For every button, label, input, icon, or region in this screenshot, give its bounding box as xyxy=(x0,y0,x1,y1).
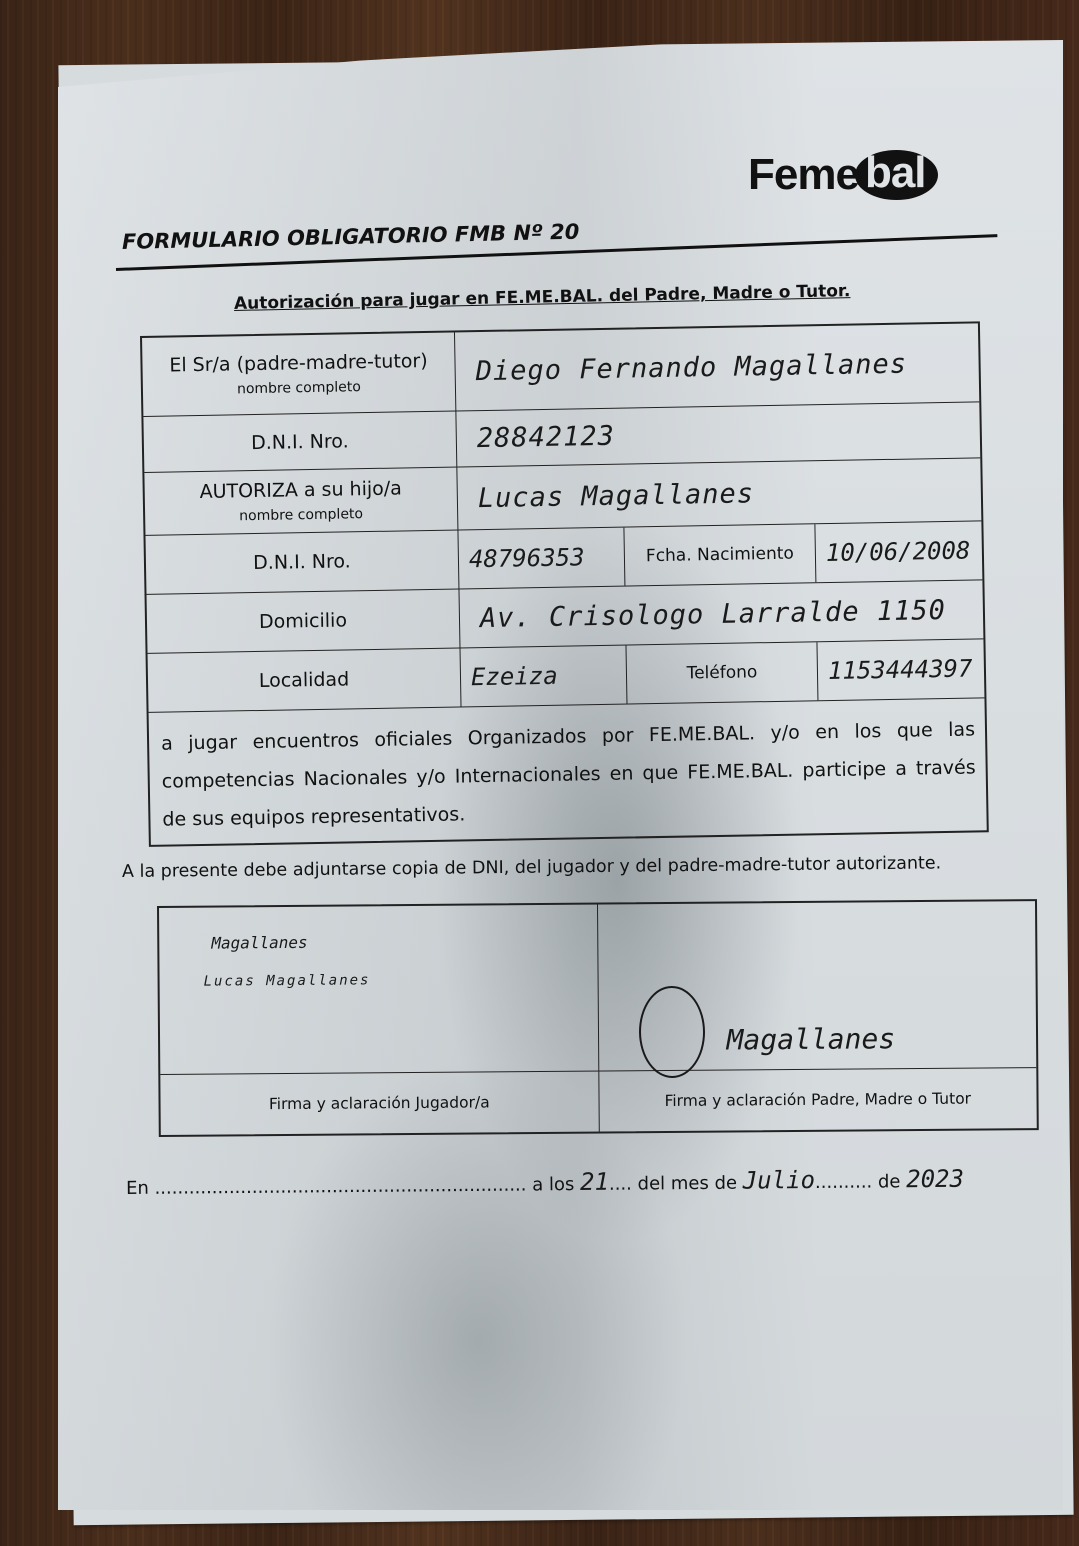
child-name-sublabel: nombre completo xyxy=(239,506,363,524)
logo-text: Feme xyxy=(748,150,859,200)
parent-signature-box[interactable]: Magallanes xyxy=(597,901,1037,1070)
parent-signature: Magallanes xyxy=(726,1022,895,1056)
child-name-field[interactable]: Lucas Magallanes xyxy=(457,458,981,529)
date-prefix: En xyxy=(126,1178,149,1199)
authorization-table: El Sr/a (padre-madre-tutor) nombre compl… xyxy=(140,321,989,847)
signature-table: Magallanes Lucas Magallanes Magallanes F… xyxy=(157,899,1039,1137)
player-clarification: Lucas Magallanes xyxy=(204,972,371,989)
child-name-label-cell: AUTORIZA a su hijo/a nombre completo xyxy=(144,467,458,534)
birth-date-field[interactable]: 10/06/2008 xyxy=(815,521,982,582)
parent-name-field[interactable]: Diego Fernando Magallanes xyxy=(455,323,979,410)
signature-label-row: Firma y aclaración Jugador/a Firma y acl… xyxy=(160,1067,1036,1135)
place-field[interactable]: ........................................… xyxy=(154,1175,526,1199)
child-name-label: AUTORIZA a su hijo/a xyxy=(199,477,402,503)
year-field[interactable]: 2023 xyxy=(906,1165,964,1194)
child-dni-field[interactable]: 48796353 xyxy=(458,528,624,589)
city-field[interactable]: Ezeiza xyxy=(461,646,627,707)
day-field[interactable]: 21 xyxy=(580,1168,609,1196)
month-field[interactable]: Julio xyxy=(743,1166,815,1195)
parent-name-label-cell: El Sr/a (padre-madre-tutor) nombre compl… xyxy=(142,333,456,416)
signature-row: Magallanes Lucas Magallanes Magallanes xyxy=(159,901,1036,1074)
day-prefix: a los xyxy=(532,1174,574,1195)
parent-name-label: El Sr/a (padre-madre-tutor) xyxy=(169,350,428,377)
player-signature-box[interactable]: Magallanes Lucas Magallanes xyxy=(159,905,598,1074)
address-field[interactable]: Av. Crisologo Larralde 1150 xyxy=(459,580,983,647)
parent-name-sublabel: nombre completo xyxy=(237,379,361,397)
parent-name-row: El Sr/a (padre-madre-tutor) nombre compl… xyxy=(142,323,979,417)
femebal-logo: Femebal xyxy=(748,150,938,200)
child-dni-label: D.N.I. Nro. xyxy=(145,530,459,593)
phone-label: Teléfono xyxy=(625,642,818,703)
parent-signature-label: Firma y aclaración Padre, Madre o Tutor xyxy=(598,1068,1037,1131)
parent-signature-scribble xyxy=(638,986,705,1079)
parent-dni-field[interactable]: 28842123 xyxy=(456,402,980,466)
address-label: Domicilio xyxy=(147,589,461,652)
clause-row: a jugar encuentros oficiales Organizados… xyxy=(149,698,987,845)
player-signature: Magallanes xyxy=(211,933,307,953)
phone-field[interactable]: 1153444397 xyxy=(817,639,984,700)
month-prefix: del mes de xyxy=(638,1173,738,1195)
authorization-clause: a jugar encuentros oficiales Organizados… xyxy=(149,698,987,845)
player-signature-label: Firma y aclaración Jugador/a xyxy=(160,1072,598,1135)
birth-date-label: Fcha. Nacimiento xyxy=(623,524,816,585)
year-prefix: de xyxy=(878,1171,901,1192)
logo-badge: bal xyxy=(855,150,938,200)
city-label: Localidad xyxy=(148,648,462,711)
parent-dni-label: D.N.I. Nro. xyxy=(143,411,457,471)
